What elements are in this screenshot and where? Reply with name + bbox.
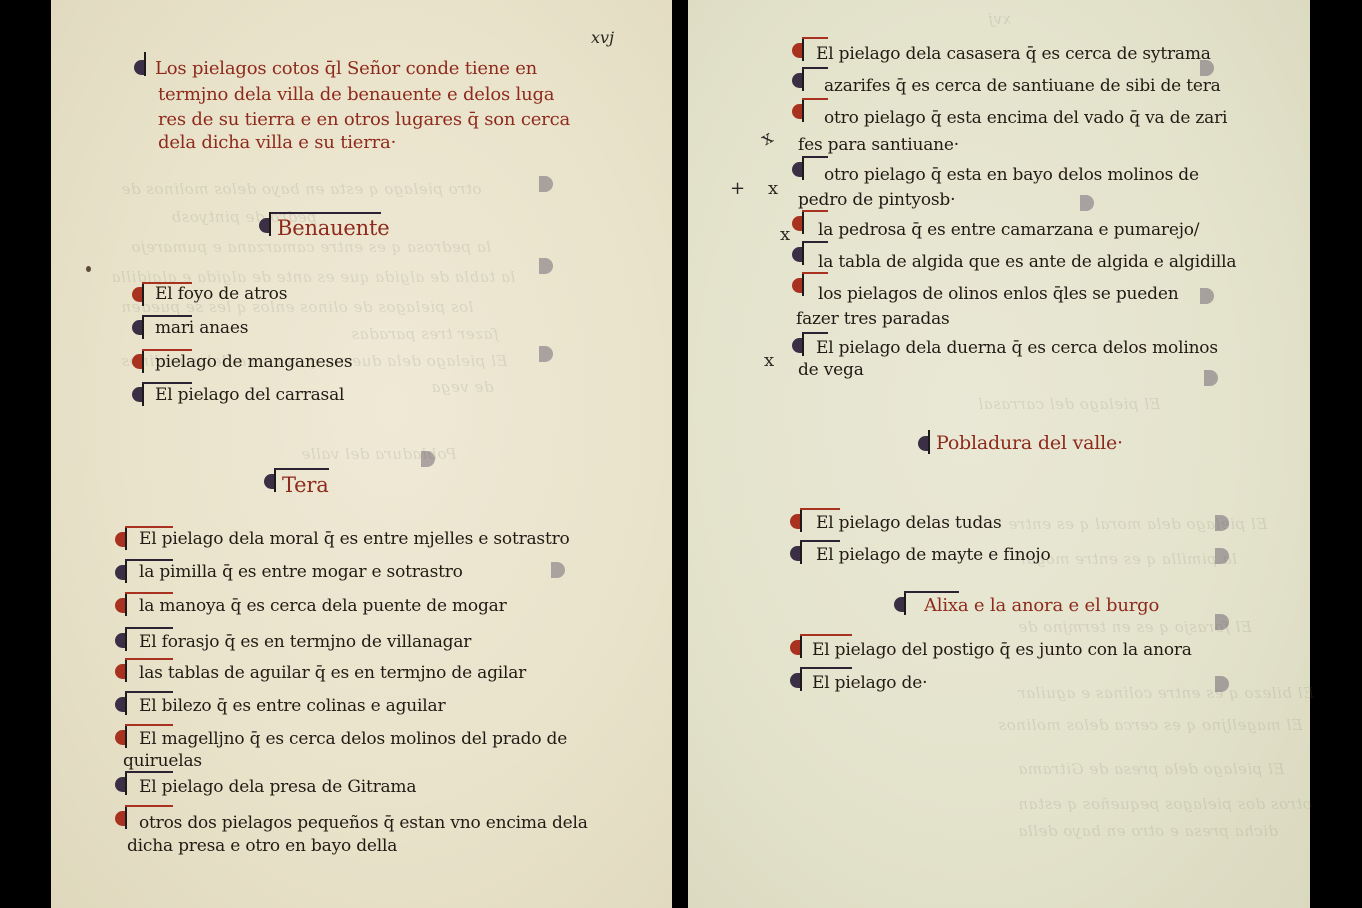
pilcrow-stem	[144, 52, 146, 76]
pilcrow-mark	[132, 354, 142, 369]
list-item: El pielago dela moral q̄ es entre mjelle…	[139, 531, 570, 548]
pilcrow-bar	[142, 349, 192, 351]
pilcrow-stem	[802, 98, 804, 122]
list-item-continuation: pedro de pintyosb·	[798, 192, 955, 209]
pilcrow-bar	[802, 156, 828, 158]
bleed-through-bracket	[539, 258, 553, 274]
pilcrow-mark	[134, 60, 144, 75]
pilcrow-stem	[800, 508, 802, 532]
list-item: El pielago de·	[812, 675, 927, 692]
pilcrow-bar	[274, 468, 329, 470]
list-item: El pielago dela casasera q̄ es cerca de …	[816, 46, 1211, 63]
pilcrow-stem	[800, 667, 802, 691]
bleed-through-text: la pimilla q es entre mogar	[1018, 550, 1237, 568]
list-item: El pielago dela presa de Gitrama	[139, 779, 416, 796]
pilcrow-stem	[802, 156, 804, 180]
pilcrow-bar	[125, 592, 173, 594]
pilcrow-stem	[125, 771, 127, 795]
bleed-through-text: El bilezo q es entre colinas e aguilar	[1018, 684, 1314, 702]
pilcrow-mark	[918, 436, 928, 451]
bleed-through-text: El pielago del carrasal	[978, 395, 1161, 413]
bleed-through-text: otros dos pielagos pequeños q estan	[1018, 795, 1312, 813]
list-item: las tablas de aguilar q̄ es en termjno d…	[139, 665, 526, 682]
pilcrow-mark	[115, 777, 125, 792]
pilcrow-stem	[125, 559, 127, 583]
section-heading: Benauente	[277, 218, 389, 239]
bleed-through-bracket	[1080, 195, 1094, 211]
pilcrow-mark	[790, 673, 800, 688]
pilcrow-bar	[125, 658, 173, 660]
pilcrow-stem	[142, 315, 144, 339]
pilcrow-stem	[928, 430, 930, 454]
list-item-continuation: fes para santiuane·	[798, 137, 959, 154]
pilcrow-stem	[802, 332, 804, 356]
pilcrow-mark	[115, 697, 125, 712]
pilcrow-mark	[894, 597, 904, 612]
list-item: otro pielago q̄ esta encima del vado q̄ …	[824, 110, 1227, 127]
pilcrow-stem	[274, 468, 276, 492]
pilcrow-mark	[790, 640, 800, 655]
pilcrow-stem	[125, 724, 127, 748]
pilcrow-stem	[800, 634, 802, 658]
list-item: la pedrosa q̄ es entre camarzana e pumar…	[818, 222, 1199, 239]
list-item: los pielagos de olinos enlos q̄les se pu…	[818, 286, 1178, 303]
pilcrow-stem	[802, 67, 804, 91]
pilcrow-stem	[125, 592, 127, 616]
list-item: otro pielago q̄ esta en bayo delos molin…	[824, 167, 1199, 184]
pilcrow-stem	[269, 212, 271, 236]
list-item: El pielago delas tudas	[816, 515, 1002, 532]
list-item: El bilezo q̄ es entre colinas e aguilar	[139, 698, 445, 715]
pilcrow-bar	[800, 508, 840, 510]
pilcrow-stem	[802, 210, 804, 234]
right-page: xvj El pielago del carrasal El pielago d…	[688, 0, 1310, 908]
pilcrow-bar	[125, 805, 173, 807]
bleed-through-bracket	[539, 176, 553, 192]
pilcrow-bar	[142, 315, 192, 317]
pilcrow-mark	[792, 43, 802, 58]
pilcrow-mark	[115, 730, 125, 745]
list-item: El foyo de atros	[155, 286, 287, 303]
pilcrow-mark	[264, 474, 274, 489]
pilcrow-mark	[132, 387, 142, 402]
pilcrow-mark	[792, 338, 802, 353]
list-item-continuation: dicha presa e otro en bayo della	[127, 838, 397, 855]
pilcrow-bar	[802, 332, 828, 334]
pilcrow-mark	[115, 633, 125, 648]
list-item: la pimilla q̄ es entre mogar e sotrastro	[139, 564, 463, 581]
pilcrow-stem	[800, 540, 802, 564]
bleed-through-bracket	[551, 562, 565, 578]
bleed-through-text: fazer tres paradas	[351, 325, 499, 343]
bleed-through-text: de vega	[431, 378, 494, 396]
list-item-continuation: fazer tres paradas	[796, 311, 950, 328]
pilcrow-stem	[125, 526, 127, 550]
pilcrow-mark	[115, 532, 125, 547]
pilcrow-stem	[142, 382, 144, 406]
intro-line: termjno dela villa de benauente e delos …	[158, 86, 554, 104]
ink-spot	[86, 266, 91, 272]
pilcrow-mark	[790, 514, 800, 529]
left-page: otro pielago q esta en bayo delos molino…	[51, 0, 672, 908]
pilcrow-bar	[271, 212, 381, 214]
pilcrow-stem	[802, 37, 804, 61]
pilcrow-stem	[142, 282, 144, 306]
pilcrow-mark	[259, 218, 269, 233]
pilcrow-mark	[132, 320, 142, 335]
pilcrow-mark	[115, 598, 125, 613]
pilcrow-bar	[800, 667, 852, 669]
pilcrow-stem	[904, 591, 906, 615]
list-item: la manoya q̄ es cerca dela puente de mog…	[139, 598, 507, 615]
pilcrow-mark	[115, 565, 125, 580]
pilcrow-stem	[802, 272, 804, 296]
pilcrow-bar	[142, 382, 192, 384]
pilcrow-mark	[792, 162, 802, 177]
list-item: azarifes q̄ es cerca de santiuane de sib…	[824, 78, 1221, 95]
list-item: El pielago del carrasal	[155, 387, 344, 404]
pilcrow-bar	[125, 771, 173, 773]
bleed-through-bracket	[421, 451, 435, 467]
bleed-through-text: El magelljno q es cerca delos molinos	[998, 716, 1303, 734]
margin-x-mark: x	[780, 224, 790, 245]
pilcrow-bar	[125, 559, 173, 561]
pilcrow-mark	[792, 216, 802, 231]
pilcrow-mark	[792, 104, 802, 119]
bleed-through-text: dicha presa e otro en bayo della	[1018, 822, 1278, 840]
pilcrow-bar	[125, 724, 173, 726]
pilcrow-bar	[125, 526, 173, 528]
pilcrow-stem	[125, 691, 127, 715]
margin-x-mark: x	[757, 127, 776, 150]
section-heading: Pobladura del valle·	[936, 434, 1123, 453]
pilcrow-mark	[132, 287, 142, 302]
pilcrow-mark	[792, 73, 802, 88]
pilcrow-bar	[800, 634, 852, 636]
pilcrow-bar	[125, 691, 173, 693]
pilcrow-stem	[125, 658, 127, 682]
pilcrow-stem	[802, 241, 804, 265]
pilcrow-bar	[802, 241, 828, 243]
section-heading: Alixa e la anora e el burgo	[924, 597, 1159, 615]
margin-x-mark: x	[768, 178, 778, 199]
list-item: mari anaes	[155, 320, 248, 337]
list-item: El magelljno q̄ es cerca delos molinos d…	[139, 731, 567, 748]
pilcrow-bar	[802, 67, 828, 69]
bleed-through-text: otro pielago q esta en bayo delos molino…	[121, 180, 482, 198]
bleed-through-bracket	[1204, 370, 1218, 386]
section-heading: Tera	[282, 475, 329, 496]
pilcrow-bar	[800, 540, 840, 542]
list-item: El pielago del postigo q̄ es junto con l…	[812, 642, 1192, 659]
list-item: El pielago de mayte e finojo	[816, 547, 1051, 564]
list-item: El forasjo q̄ es en termjno de villanaga…	[139, 634, 471, 651]
bleed-through-bracket	[1200, 288, 1214, 304]
pilcrow-mark	[115, 811, 125, 826]
intro-line: res de su tierra e en otros lugares q̄ s…	[158, 111, 570, 129]
bleed-through-text: xvj	[988, 10, 1011, 28]
bleed-through-text: El pielago dela presa de Gitrama	[1018, 760, 1284, 778]
list-item-continuation: quiruelas	[123, 753, 202, 770]
pilcrow-bar	[802, 98, 828, 100]
list-item: otros dos pielagos pequeños q̄ estan vno…	[139, 815, 588, 832]
bleed-through-text: la pedrosa q es entre camarzana e pumare…	[131, 238, 491, 256]
pilcrow-stem	[125, 627, 127, 651]
pilcrow-mark	[790, 546, 800, 561]
margin-cross-mark: +	[730, 178, 745, 199]
pilcrow-mark	[792, 278, 802, 293]
intro-line: dela dicha villa e su tierra·	[158, 134, 396, 152]
pilcrow-bar	[802, 37, 828, 39]
pilcrow-mark	[792, 247, 802, 262]
pilcrow-stem	[142, 349, 144, 373]
pilcrow-bar	[802, 210, 828, 212]
pilcrow-bar	[802, 272, 828, 274]
list-item-continuation: de vega	[798, 362, 864, 379]
intro-line: Los pielagos cotos q̄l Señor conde tiene…	[155, 60, 537, 78]
list-item: pielago de manganeses	[155, 354, 352, 371]
list-item: la tabla de algida que es ante de algida…	[818, 254, 1236, 271]
margin-x-mark: x	[764, 350, 774, 371]
pilcrow-mark	[115, 664, 125, 679]
bleed-through-bracket	[539, 346, 553, 362]
folio-number: xvj	[591, 28, 614, 47]
pilcrow-bar	[125, 627, 173, 629]
pilcrow-bar	[904, 591, 959, 593]
list-item: El pielago dela duerna q̄ es cerca delos…	[816, 340, 1218, 357]
pilcrow-stem	[125, 805, 127, 829]
